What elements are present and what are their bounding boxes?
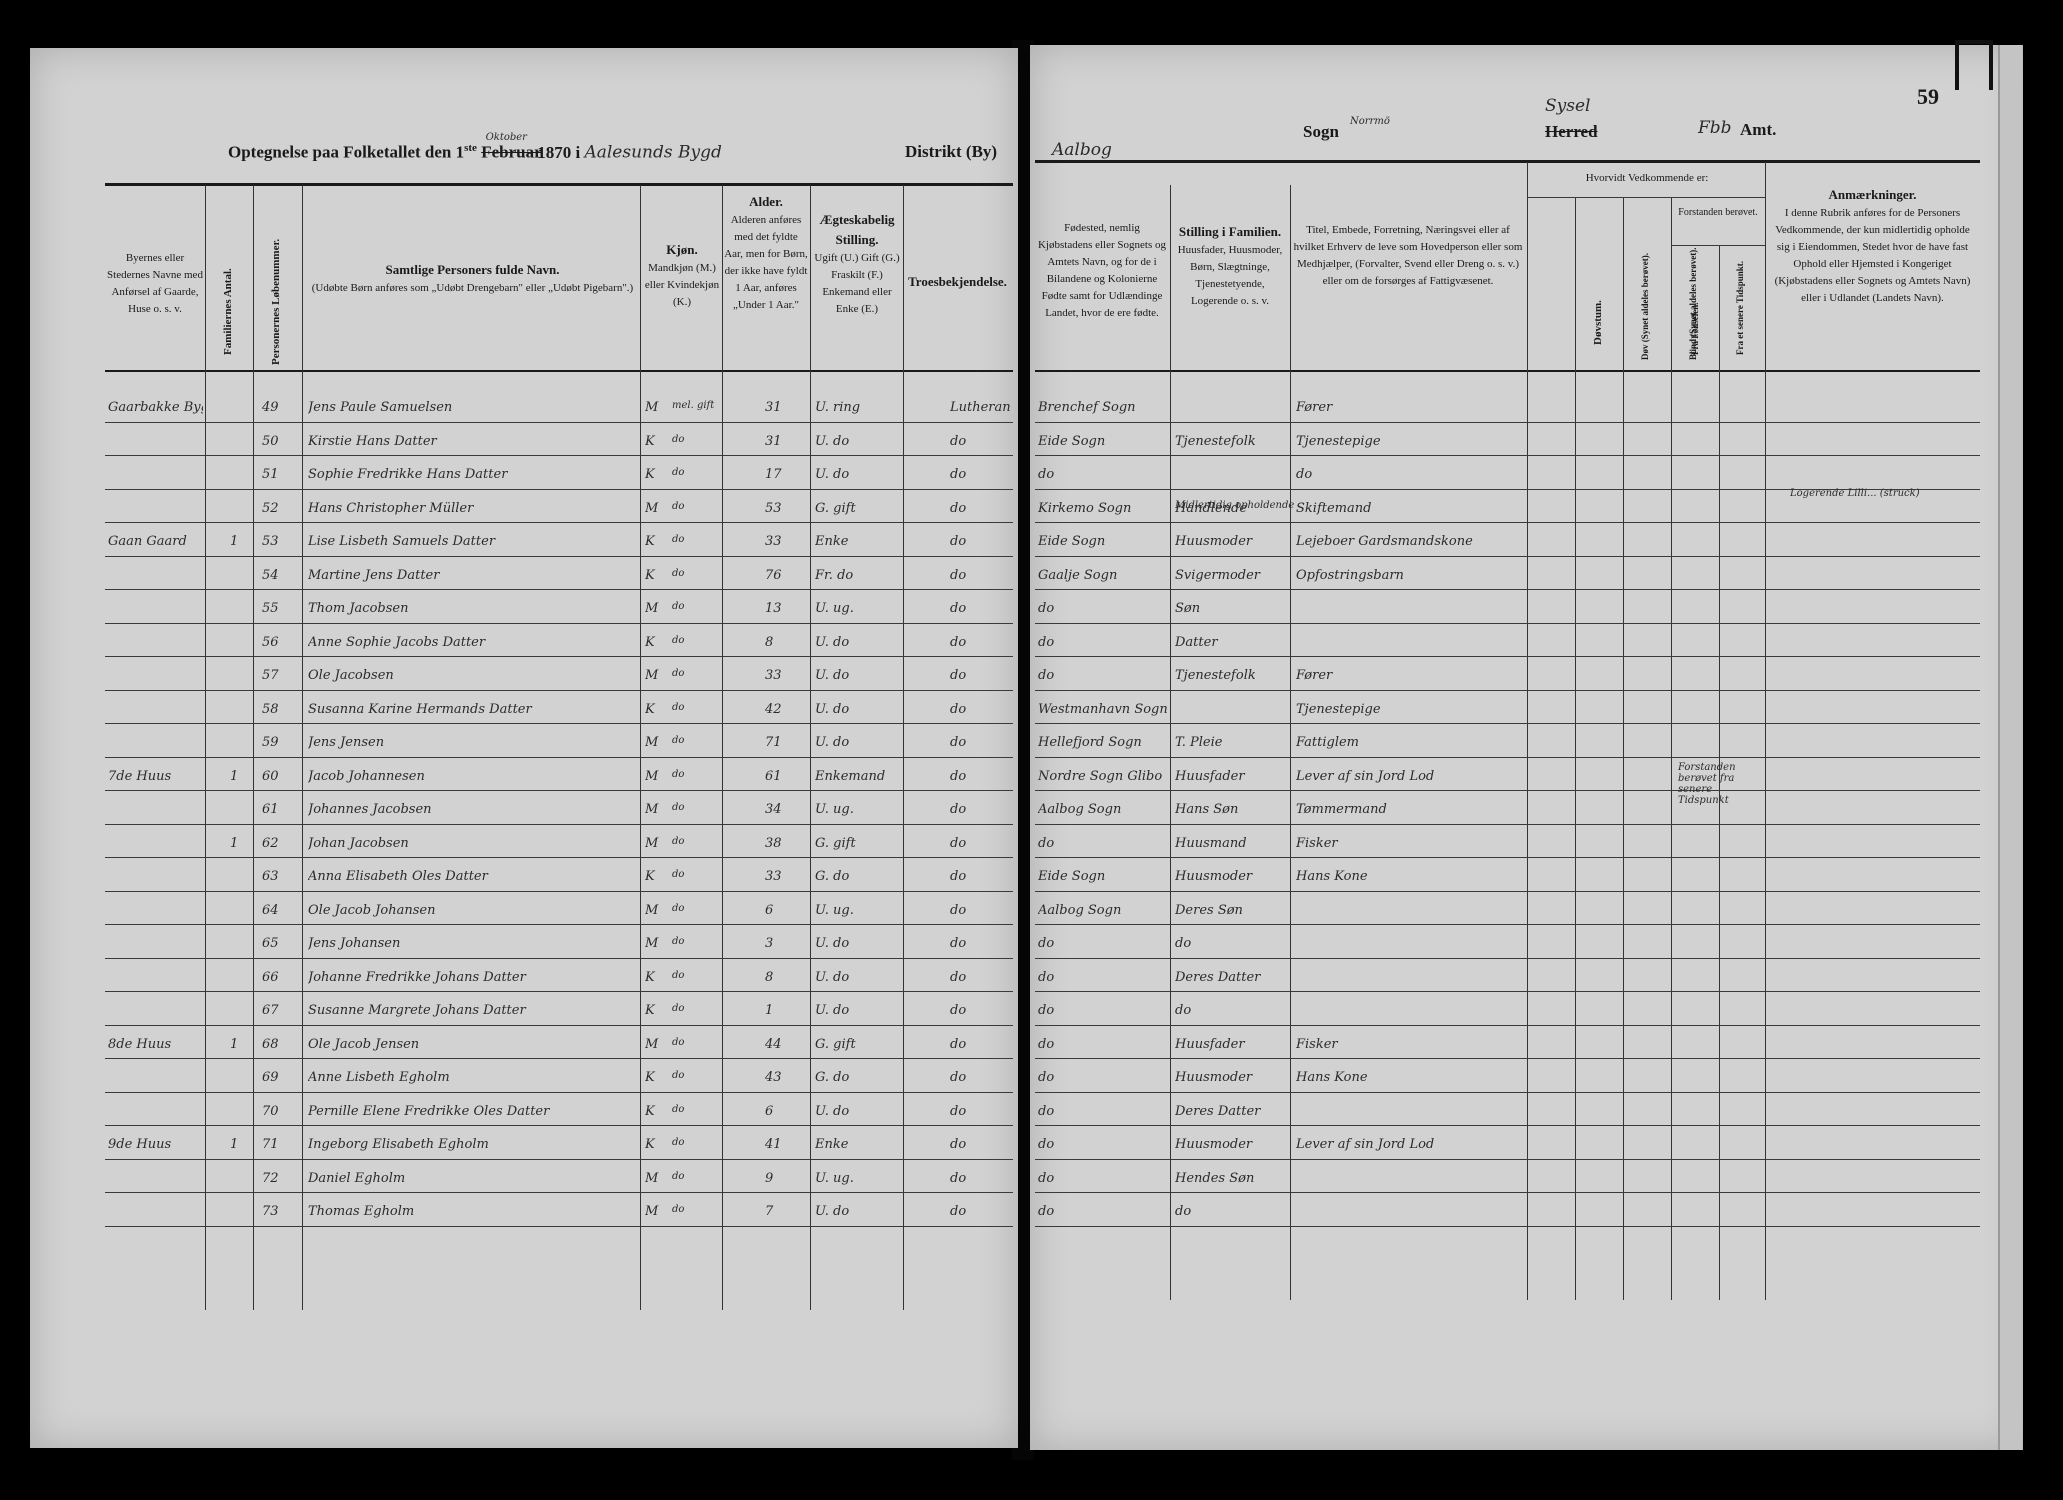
- cell-no: 63: [262, 869, 300, 884]
- cell-sex: K: [645, 1104, 665, 1119]
- title-month-struck: Februar: [481, 143, 541, 162]
- cell-name: Thomas Egholm: [308, 1204, 638, 1219]
- cell-sex: K: [645, 434, 665, 449]
- cell-faith: do: [950, 702, 1010, 717]
- cell-sex: K: [645, 568, 665, 583]
- header-marital-title: Ægteskabelig Stilling.: [819, 212, 894, 247]
- cell-faith: do: [950, 802, 1010, 817]
- header-age-title: Alder.: [749, 194, 783, 209]
- header-sex: Kjøn. Mandkjøn (M.) eller Kvindekjøn (K.…: [643, 240, 721, 311]
- cell-extra: do: [672, 936, 720, 947]
- row-rule: [105, 455, 1013, 456]
- row-rule: [1035, 1192, 1980, 1193]
- col-divider: [1765, 162, 1766, 1300]
- cell-no: 64: [262, 903, 300, 918]
- col-divider: [1623, 198, 1624, 1300]
- cell-faith: do: [950, 1104, 1010, 1119]
- cell-birth: do: [1038, 601, 1168, 616]
- cell-age: 33: [765, 668, 807, 683]
- title-location-handwritten: Aalesunds Bygd: [584, 143, 721, 163]
- cell-birth: Westmanhavn Sogn: [1038, 702, 1168, 717]
- condition-annotation: Forstanden berøvet fra senere Tidspunkt: [1678, 762, 1763, 806]
- cell-birth: do: [1038, 467, 1168, 482]
- header-birthplace: Fødested, nemlig Kjøbstadens eller Sogne…: [1037, 220, 1167, 322]
- cell-position: Huusfader: [1175, 1037, 1289, 1052]
- cell-birth: do: [1038, 836, 1168, 851]
- cell-birth: do: [1038, 1171, 1168, 1186]
- cell-marital: Enke: [815, 534, 901, 549]
- cell-sex: K: [645, 970, 665, 985]
- cell-name: Johannes Jacobsen: [308, 802, 638, 817]
- cell-occupation: Tjenestepige: [1296, 434, 1524, 449]
- row-rule: [105, 958, 1013, 959]
- cell-name: Daniel Egholm: [308, 1171, 638, 1186]
- cell-no: 54: [262, 568, 300, 583]
- cell-sex: M: [645, 501, 665, 516]
- header-deaf-blind: Døv (Synet aldeles berøvet).: [1640, 210, 1650, 360]
- cell-birth: Eide Sogn: [1038, 869, 1168, 884]
- cell-age: 41: [765, 1137, 807, 1152]
- row-rule: [105, 857, 1013, 858]
- row-rule: [1035, 958, 1980, 959]
- cell-birth: Aalbog Sogn: [1038, 903, 1168, 918]
- cell-marital: G. gift: [815, 501, 901, 516]
- row-rule: [105, 656, 1013, 657]
- cell-sex: M: [645, 1037, 665, 1052]
- cell-name: Anna Elisabeth Oles Datter: [308, 869, 638, 884]
- cell-sex: K: [645, 635, 665, 650]
- cell-no: 66: [262, 970, 300, 985]
- cell-marital: U. ug.: [815, 802, 901, 817]
- cell-extra: do: [672, 534, 720, 545]
- cell-sex: K: [645, 1003, 665, 1018]
- cell-fam: 1: [230, 769, 250, 784]
- cell-name: Johan Jacobsen: [308, 836, 638, 851]
- cell-age: 17: [765, 467, 807, 482]
- cell-faith: do: [950, 936, 1010, 951]
- cell-age: 8: [765, 970, 807, 985]
- cell-birth: Gaalje Sogn: [1038, 568, 1168, 583]
- row-rule: [105, 422, 1013, 423]
- cell-marital: U. do: [815, 635, 901, 650]
- col-divider: [640, 185, 641, 1310]
- cell-extra: do: [672, 1070, 720, 1081]
- cell-birth: do: [1038, 970, 1168, 985]
- cell-sex: M: [645, 601, 665, 616]
- cell-age: 76: [765, 568, 807, 583]
- cell-no: 62: [262, 836, 300, 851]
- cell-marital: U. do: [815, 702, 901, 717]
- cell-marital: U. ring: [815, 400, 901, 415]
- row-rule: [1035, 1092, 1980, 1093]
- cell-birth: do: [1038, 1070, 1168, 1085]
- cell-extra: do: [672, 501, 720, 512]
- cell-occupation: Opfostringsbarn: [1296, 568, 1524, 583]
- cell-birth: do: [1038, 1003, 1168, 1018]
- header-remarks: Anmærkninger. I denne Rubrik anføres for…: [1770, 185, 1975, 307]
- header-place: Byernes eller Stedernes Navne med Anførs…: [107, 250, 203, 318]
- cell-extra: do: [672, 668, 720, 679]
- header-faith-title: Troesbekjendelse.: [908, 274, 1007, 289]
- header-marital-note: Ugift (U.) Gift (G.) Fraskilt (F.) Enkem…: [814, 252, 899, 315]
- header-insane-birth: Fra Fødselen.: [1690, 275, 1700, 355]
- cell-no: 73: [262, 1204, 300, 1219]
- cell-marital: U. do: [815, 1204, 901, 1219]
- cell-age: 13: [765, 601, 807, 616]
- header-names-note: (Udøbte Børn anføres som „Udøbt Drengeba…: [312, 282, 633, 294]
- cell-age: 42: [765, 702, 807, 717]
- cell-age: 34: [765, 802, 807, 817]
- col-divider: [1671, 198, 1672, 1300]
- cell-extra: do: [672, 802, 720, 813]
- cell-extra: do: [672, 1137, 720, 1148]
- row-rule: [105, 991, 1013, 992]
- cell-occupation: Skiftemand: [1296, 501, 1524, 516]
- cell-no: 67: [262, 1003, 300, 1018]
- cell-name: Jacob Johannesen: [308, 769, 638, 784]
- cell-no: 71: [262, 1137, 300, 1152]
- cell-place: 8de Huus: [108, 1037, 203, 1052]
- cell-position: Svigermoder: [1175, 568, 1289, 583]
- cell-extra: do: [672, 903, 720, 914]
- col-divider: [722, 185, 723, 1310]
- cell-occupation: Hans Kone: [1296, 869, 1524, 884]
- cell-faith: do: [950, 735, 1010, 750]
- header-rule-left: [105, 183, 1013, 186]
- row-rule: [1035, 1159, 1980, 1160]
- cell-age: 31: [765, 400, 807, 415]
- cell-marital: U. do: [815, 735, 901, 750]
- cell-occupation: Lejeboer Gardsmandskone: [1296, 534, 1524, 549]
- cell-marital: U. ug.: [815, 601, 901, 616]
- header-sex-title: Kjøn.: [666, 242, 697, 257]
- cell-marital: U. do: [815, 668, 901, 683]
- row-rule: [105, 623, 1013, 624]
- cell-name: Jens Paule Samuelsen: [308, 400, 638, 415]
- cell-age: 44: [765, 1037, 807, 1052]
- cell-occupation: Tømmermand: [1296, 802, 1524, 817]
- row-rule: [105, 489, 1013, 490]
- title-superscript: ste: [464, 142, 477, 154]
- cell-marital: U. do: [815, 936, 901, 951]
- cell-sex: M: [645, 1171, 665, 1186]
- cell-sex: K: [645, 869, 665, 884]
- row-rule: [1035, 522, 1980, 523]
- cell-marital: G. gift: [815, 836, 901, 851]
- cell-position: Hendes Søn: [1175, 1171, 1289, 1186]
- cell-sex: M: [645, 769, 665, 784]
- cell-position: do: [1175, 1003, 1289, 1018]
- cell-no: 50: [262, 434, 300, 449]
- cell-extra: do: [672, 769, 720, 780]
- cell-occupation: Fører: [1296, 668, 1524, 683]
- cell-marital: G. gift: [815, 1037, 901, 1052]
- cell-marital: U. ug.: [815, 1171, 901, 1186]
- cell-occupation: Fattiglem: [1296, 735, 1524, 750]
- row-rule: [1035, 924, 1980, 925]
- row-rule: [105, 690, 1013, 691]
- cell-marital: G. do: [815, 869, 901, 884]
- cell-name: Ingeborg Elisabeth Egholm: [308, 1137, 638, 1152]
- header-condition-group: Hvorvidt Vedkommende er:: [1530, 170, 1764, 187]
- cell-no: 61: [262, 802, 300, 817]
- group-rule: [1527, 197, 1765, 198]
- cell-marital: G. do: [815, 1070, 901, 1085]
- header-marital: Ægteskabelig Stilling. Ugift (U.) Gift (…: [812, 210, 902, 318]
- amt-handwritten: Fbb: [1698, 118, 1732, 138]
- cell-marital: Enke: [815, 1137, 901, 1152]
- cell-position: Huusmand: [1175, 836, 1289, 851]
- cell-faith: Lutheran: [950, 400, 1010, 415]
- row-rule: [105, 556, 1013, 557]
- cell-fam: 1: [230, 1137, 250, 1152]
- cell-marital: U. do: [815, 970, 901, 985]
- cell-faith: do: [950, 434, 1010, 449]
- cell-extra: do: [672, 1037, 720, 1048]
- cell-age: 6: [765, 903, 807, 918]
- col-divider: [903, 185, 904, 1310]
- cell-occupation: do: [1296, 467, 1524, 482]
- header-person-no: Personernes Løbenummer.: [270, 215, 282, 365]
- cell-occupation: Lever af sin Jord Lod: [1296, 769, 1524, 784]
- herred-handwritten: Sysel: [1545, 96, 1590, 116]
- cell-extra: do: [672, 702, 720, 713]
- cell-position: Deres Søn: [1175, 903, 1289, 918]
- header-age-note: Alderen anføres med det fyldte Aar, men …: [724, 214, 808, 311]
- cell-name: Jens Johansen: [308, 936, 638, 951]
- row-rule: [1035, 891, 1980, 892]
- cell-birth: do: [1038, 1037, 1168, 1052]
- row-rule: [1035, 1125, 1980, 1126]
- cell-faith: do: [950, 903, 1010, 918]
- title-year: 1870 i: [537, 143, 580, 162]
- cell-no: 72: [262, 1171, 300, 1186]
- cell-birth: Nordre Sogn Glibo: [1038, 769, 1168, 784]
- cell-sex: M: [645, 936, 665, 951]
- cell-birth: do: [1038, 1137, 1168, 1152]
- cell-extra: do: [672, 1204, 720, 1215]
- cell-age: 6: [765, 1104, 807, 1119]
- cell-age: 33: [765, 534, 807, 549]
- cell-faith: do: [950, 1137, 1010, 1152]
- row-rule: [1035, 455, 1980, 456]
- row-rule: [1035, 757, 1980, 758]
- header-deaf: Døvstum.: [1592, 285, 1604, 345]
- cell-age: 7: [765, 1204, 807, 1219]
- cell-no: 65: [262, 936, 300, 951]
- cell-position: do: [1175, 1204, 1289, 1219]
- header-occupation: Titel, Embede, Forretning, Næringsvei el…: [1292, 222, 1524, 290]
- header-bottom-rule-left: [105, 370, 1013, 372]
- cell-place: 7de Huus: [108, 769, 203, 784]
- cell-name: Anne Sophie Jacobs Datter: [308, 635, 638, 650]
- row-rule: [1035, 656, 1980, 657]
- herred-label-struck: Herred: [1545, 122, 1598, 142]
- corner-bracket-mark: [1955, 40, 1993, 90]
- cell-marital: Fr. do: [815, 568, 901, 583]
- cell-position: Huusmoder: [1175, 1070, 1289, 1085]
- header-faith: Troesbekjendelse.: [905, 272, 1010, 292]
- cell-extra: do: [672, 1003, 720, 1014]
- cell-birth: Hellefjord Sogn: [1038, 735, 1168, 750]
- cell-extra: do: [672, 869, 720, 880]
- header-insane-later: Fra et senere Tidspunkt.: [1735, 255, 1745, 355]
- cell-no: 51: [262, 467, 300, 482]
- cell-occupation: Tjenestepige: [1296, 702, 1524, 717]
- cell-age: 53: [765, 501, 807, 516]
- row-rule: [1035, 690, 1980, 691]
- cell-position: Tjenestefolk: [1175, 668, 1289, 683]
- cell-birth: Kirkemo Sogn: [1038, 501, 1168, 516]
- cell-extra: do: [672, 970, 720, 981]
- header-family-position: Stilling i Familien. Huusfader, Huusmode…: [1172, 222, 1288, 310]
- row-rule: [105, 522, 1013, 523]
- col-divider: [810, 185, 811, 1310]
- cell-position: Huusmoder: [1175, 534, 1289, 549]
- row-rule: [105, 1226, 1013, 1227]
- cell-birth: do: [1038, 1204, 1168, 1219]
- cell-sex: M: [645, 400, 665, 415]
- row-rule: [1035, 824, 1980, 825]
- cell-sex: M: [645, 668, 665, 683]
- cell-name: Susanne Margrete Johans Datter: [308, 1003, 638, 1018]
- district-handwritten: Aalbog: [1052, 140, 1112, 160]
- row-rule: [105, 757, 1013, 758]
- row-rule: [105, 1092, 1013, 1093]
- cell-marital: U. do: [815, 1003, 901, 1018]
- cell-fam: 1: [230, 1037, 250, 1052]
- cell-faith: do: [950, 635, 1010, 650]
- cell-no: 55: [262, 601, 300, 616]
- row-rule: [1035, 790, 1980, 791]
- remark-annotation-struck: Logerende Lilli... (struck): [1790, 488, 1920, 499]
- cell-occupation: Fisker: [1296, 1037, 1524, 1052]
- cell-occupation: Fører: [1296, 400, 1524, 415]
- page-number: 59: [1917, 84, 1939, 110]
- header-insane-group: Forstanden berøvet.: [1672, 205, 1764, 221]
- cell-no: 52: [262, 501, 300, 516]
- row-rule: [105, 824, 1013, 825]
- cell-extra: do: [672, 434, 720, 445]
- cell-faith: do: [950, 534, 1010, 549]
- cell-position: Søn: [1175, 601, 1289, 616]
- col-divider: [1290, 185, 1291, 1300]
- cell-birth: do: [1038, 936, 1168, 951]
- cell-name: Anne Lisbeth Egholm: [308, 1070, 638, 1085]
- cell-age: 61: [765, 769, 807, 784]
- title-prefix: Optegnelse paa Folketallet den 1: [228, 143, 464, 162]
- cell-place: 9de Huus: [108, 1137, 203, 1152]
- cell-faith: do: [950, 869, 1010, 884]
- cell-extra: do: [672, 635, 720, 646]
- amt-label: Amt.: [1740, 120, 1776, 140]
- cell-faith: do: [950, 467, 1010, 482]
- cell-name: Ole Jacob Jensen: [308, 1037, 638, 1052]
- cell-occupation: Fisker: [1296, 836, 1524, 851]
- cell-name: Jens Jensen: [308, 735, 638, 750]
- header-remarks-title: Anmærkninger.: [1828, 187, 1916, 202]
- row-rule: [105, 891, 1013, 892]
- cell-name: Hans Christopher Müller: [308, 501, 638, 516]
- cell-name: Lise Lisbeth Samuels Datter: [308, 534, 638, 549]
- cell-birth: do: [1038, 668, 1168, 683]
- col-divider: [1575, 198, 1576, 1300]
- cell-name: Kirstie Hans Datter: [308, 434, 638, 449]
- cell-extra: do: [672, 601, 720, 612]
- col-divider: [302, 185, 303, 1310]
- row-rule: [1035, 857, 1980, 858]
- cell-position: Datter: [1175, 635, 1289, 650]
- col-divider: [253, 185, 254, 1310]
- cell-no: 59: [262, 735, 300, 750]
- cell-faith: do: [950, 501, 1010, 516]
- col-divider: [1527, 162, 1528, 1300]
- row-rule: [105, 1159, 1013, 1160]
- row-rule: [105, 1192, 1013, 1193]
- cell-position: Tjenestefolk: [1175, 434, 1289, 449]
- row-rule: [1035, 1025, 1980, 1026]
- cell-position: Huusfader: [1175, 769, 1289, 784]
- cell-age: 31: [765, 434, 807, 449]
- cell-faith: do: [950, 601, 1010, 616]
- cell-occupation: Lever af sin Jord Lod: [1296, 1137, 1524, 1152]
- position-annotation: Midlertidig opholdende: [1175, 500, 1294, 511]
- row-rule: [1035, 1058, 1980, 1059]
- cell-faith: do: [950, 1003, 1010, 1018]
- cell-age: 1: [765, 1003, 807, 1018]
- cell-faith: do: [950, 668, 1010, 683]
- cell-sex: M: [645, 836, 665, 851]
- cell-age: 38: [765, 836, 807, 851]
- cell-sex: M: [645, 903, 665, 918]
- cell-birth: Eide Sogn: [1038, 534, 1168, 549]
- sogn-label: Sogn: [1303, 122, 1339, 142]
- cell-marital: U. ug.: [815, 903, 901, 918]
- row-rule: [1035, 723, 1980, 724]
- cell-birth: Eide Sogn: [1038, 434, 1168, 449]
- row-rule: [1035, 422, 1980, 423]
- cell-extra: do: [672, 467, 720, 478]
- district-label: Distrikt (By): [905, 142, 997, 162]
- row-rule: [105, 723, 1013, 724]
- cell-birth: Aalbog Sogn: [1038, 802, 1168, 817]
- header-names: Samtlige Personers fulde Navn. (Udøbte B…: [310, 260, 635, 297]
- cell-name: Sophie Fredrikke Hans Datter: [308, 467, 638, 482]
- header-sex-note: Mandkjøn (M.) eller Kvindekjøn (K.): [645, 262, 719, 308]
- cell-birth: do: [1038, 1104, 1168, 1119]
- cell-age: 33: [765, 869, 807, 884]
- cell-place: Gaan Gaard: [108, 534, 203, 549]
- cell-place: Gaarbakke Bygd: [108, 400, 203, 415]
- cell-sex: K: [645, 534, 665, 549]
- cell-no: 58: [262, 702, 300, 717]
- row-rule: [105, 1025, 1013, 1026]
- cell-sex: K: [645, 467, 665, 482]
- cell-name: Pernille Elene Fredrikke Oles Datter: [308, 1104, 638, 1119]
- cell-age: 8: [765, 635, 807, 650]
- page-edge: [1998, 45, 2022, 1450]
- cell-fam: 1: [230, 534, 250, 549]
- cell-sex: K: [645, 1070, 665, 1085]
- cell-position: Deres Datter: [1175, 970, 1289, 985]
- row-rule: [105, 790, 1013, 791]
- cell-faith: do: [950, 568, 1010, 583]
- cell-name: Johanne Fredrikke Johans Datter: [308, 970, 638, 985]
- cell-age: 71: [765, 735, 807, 750]
- cell-no: 53: [262, 534, 300, 549]
- cell-birth: Brenchef Sogn: [1038, 400, 1168, 415]
- cell-no: 69: [262, 1070, 300, 1085]
